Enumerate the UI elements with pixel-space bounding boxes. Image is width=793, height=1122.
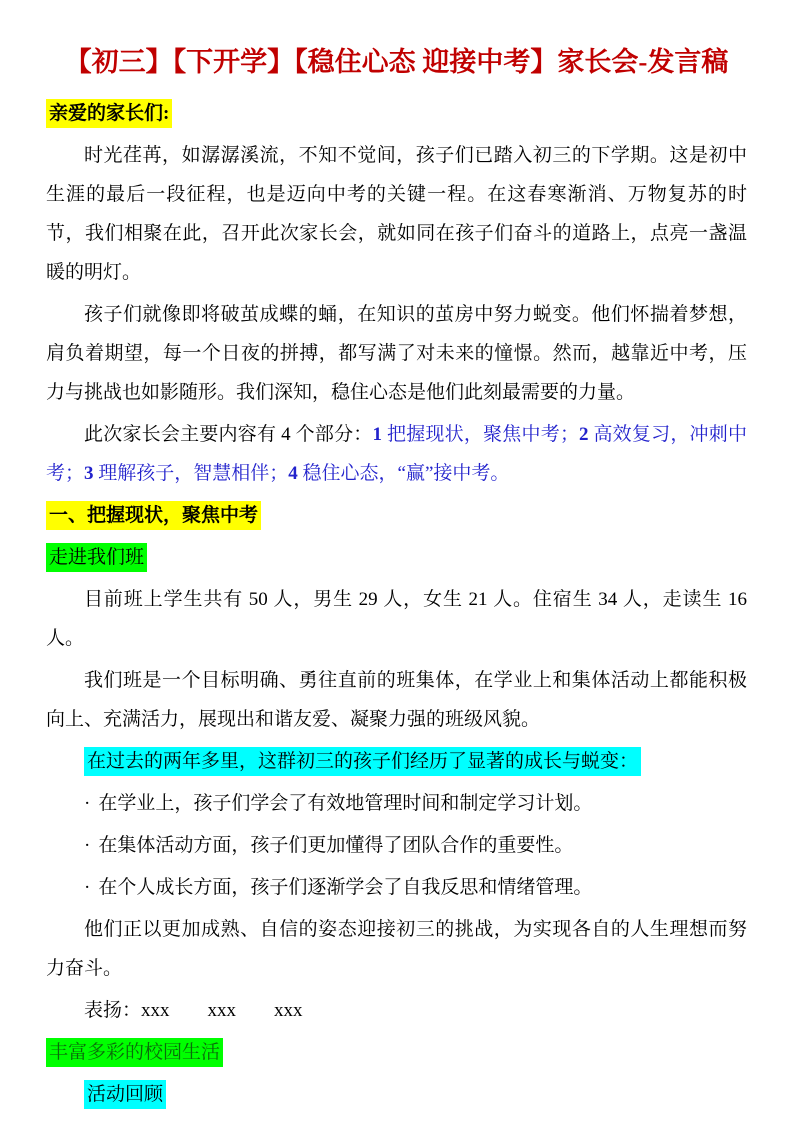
paragraph-agenda: 此次家长会主要内容有 4 个部分：1 把握现状，聚焦中考；2 高效复习，冲刺中考… bbox=[46, 415, 747, 493]
agenda-item-3-number: 3 bbox=[84, 463, 94, 484]
agenda-item-1-text: 把握现状，聚焦中考； bbox=[382, 424, 579, 445]
growth-bullet-1: ·在学业上，孩子们学会了有效地管理时间和制定学习计划。 bbox=[46, 784, 747, 823]
growth-bullet-3-text: 在个人成长方面，孩子们逐渐学会了自我反思和情绪管理。 bbox=[98, 877, 592, 898]
paragraph-opening: 时光荏苒，如潺潺溪流，不知不觉间，孩子们已踏入初三的下学期。这是初中生涯的最后一… bbox=[46, 136, 747, 292]
subhead-campus-life-line: 丰富多彩的校园生活 bbox=[46, 1033, 747, 1072]
paragraph-cocoon: 孩子们就像即将破茧成蝶的蛹，在知识的茧房中努力蜕变。他们怀揣着梦想，肩负着期望，… bbox=[46, 295, 747, 412]
subhead-class-intro: 走进我们班 bbox=[46, 543, 147, 572]
subhead-campus-life: 丰富多彩的校园生活 bbox=[46, 1038, 223, 1067]
growth-bullet-1-text: 在学业上，孩子们学会了有效地管理时间和制定学习计划。 bbox=[98, 793, 592, 814]
bullet-dot-icon: · bbox=[84, 877, 90, 898]
subhead-activity-review-line: 活动回顾 bbox=[46, 1075, 747, 1114]
agenda-item-1-number: 1 bbox=[373, 424, 383, 445]
document-title: 【初三】【下开学】【稳住心态 迎接中考】家长会-发言稿 bbox=[46, 40, 747, 84]
growth-lead: 在过去的两年多里，这群初三的孩子们经历了显著的成长与蜕变： bbox=[84, 747, 641, 776]
growth-bullet-2: ·在集体活动方面，孩子们更加懂得了团队合作的重要性。 bbox=[46, 826, 747, 865]
paragraph-class-desc: 我们班是一个目标明确、勇往直前的班集体，在学业上和集体活动上都能积极向上、充满活… bbox=[46, 661, 747, 739]
document-page: 【初三】【下开学】【稳住心态 迎接中考】家长会-发言稿 亲爱的家长们: 时光荏苒… bbox=[0, 0, 793, 1122]
agenda-intro: 此次家长会主要内容有 4 个部分： bbox=[84, 424, 373, 445]
subhead-activity-review: 活动回顾 bbox=[84, 1080, 166, 1109]
paragraph-outlook: 他们正以更加成熟、自信的姿态迎接初三的挑战，为实现各自的人生理想而努力奋斗。 bbox=[46, 910, 747, 988]
bullet-dot-icon: · bbox=[84, 793, 90, 814]
salutation: 亲爱的家长们: bbox=[46, 99, 172, 128]
agenda-item-4-number: 4 bbox=[288, 463, 298, 484]
growth-lead-line: 在过去的两年多里，这群初三的孩子们经历了显著的成长与蜕变： bbox=[46, 742, 747, 781]
section1-heading-line: 一、把握现状，聚焦中考 bbox=[46, 496, 747, 535]
bullet-dot-icon: · bbox=[84, 835, 90, 856]
agenda-item-4-text: 稳住心态，“赢”接中考。 bbox=[298, 463, 510, 484]
agenda-item-3-text: 理解孩子，智慧相伴； bbox=[94, 463, 289, 484]
growth-bullet-3: ·在个人成长方面，孩子们逐渐学会了自我反思和情绪管理。 bbox=[46, 868, 747, 907]
section1-heading: 一、把握现状，聚焦中考 bbox=[46, 501, 261, 530]
paragraph-praise: 表扬：xxx xxx xxx bbox=[46, 991, 747, 1030]
subhead-class-intro-line: 走进我们班 bbox=[46, 538, 747, 577]
paragraph-class-stats: 目前班上学生共有 50 人，男生 29 人，女生 21 人。住宿生 34 人，走… bbox=[46, 580, 747, 658]
growth-bullet-2-text: 在集体活动方面，孩子们更加懂得了团队合作的重要性。 bbox=[98, 835, 573, 856]
salutation-line: 亲爱的家长们: bbox=[46, 94, 747, 133]
